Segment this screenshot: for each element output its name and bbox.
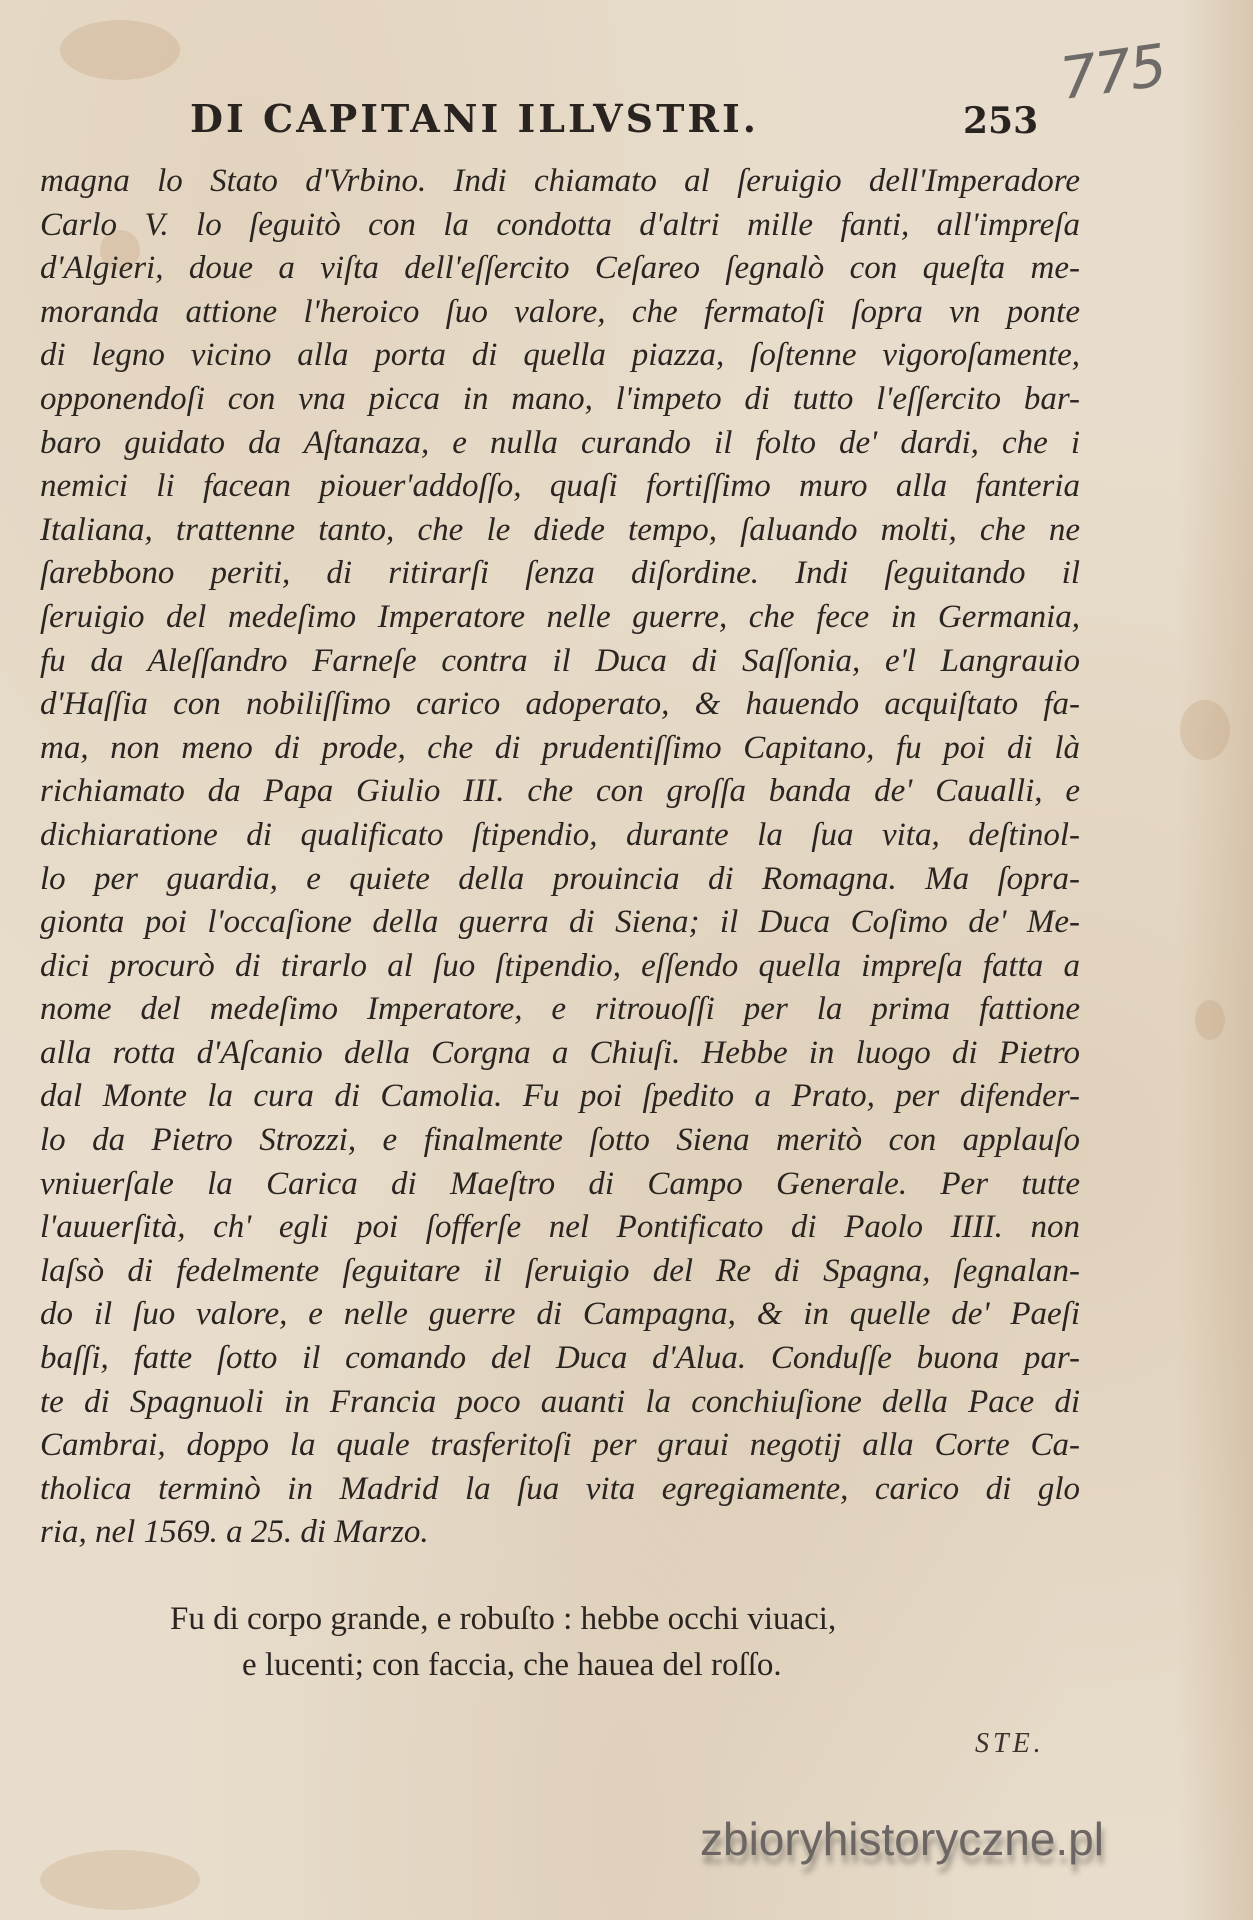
text-line: Italiana, trattenne tanto, che le diede … — [40, 509, 1080, 553]
text-line: ſeruigio del medeſimo Imperatore nelle g… — [40, 596, 1080, 640]
text-line: ſarebbono periti, di ritirarſi ſenza diſ… — [40, 552, 1080, 596]
book-page: 775 DI CAPITANI ILLVSTRI. 253 magna lo S… — [0, 0, 1253, 1920]
text-line: nome del medeſimo Imperatore, e ritrouoſ… — [40, 988, 1080, 1032]
description-line: Fu di corpo grande, e robuſto : hebbe oc… — [170, 1596, 1070, 1642]
handwritten-folio-number: 775 — [1056, 31, 1169, 113]
paper-stain — [60, 20, 180, 80]
text-line: lo per guardia, e quiete della prouincia… — [40, 858, 1080, 902]
text-line: dal Monte la cura di Camolia. Fu poi ſpe… — [40, 1075, 1080, 1119]
text-line: moranda attione l'heroico ſuo valore, ch… — [40, 291, 1080, 335]
running-title: DI CAPITANI ILLVSTRI. — [190, 96, 759, 141]
text-line: richiamato da Papa Giulio III. che con g… — [40, 770, 1080, 814]
paper-stain — [40, 1850, 200, 1910]
text-line-final: ria, nel 1569. a 25. di Marzo. — [40, 1511, 1080, 1555]
text-line: te di Spagnuoli in Francia poco auanti l… — [40, 1381, 1080, 1425]
text-line: Carlo V. lo ſeguitò con la condotta d'al… — [40, 204, 1080, 248]
text-line: lo da Pietro Strozzi, e finalmente ſotto… — [40, 1119, 1080, 1163]
text-line: alla rotta d'Aſcanio della Corgna a Chiu… — [40, 1032, 1080, 1076]
text-line: magna lo Stato d'Vrbino. Indi chiamato a… — [40, 160, 1080, 204]
description-line: e lucenti; con faccia, che hauea del roſ… — [170, 1642, 1070, 1688]
paper-stain — [1180, 700, 1230, 760]
text-line: gionta poi l'occaſione della guerra di S… — [40, 901, 1080, 945]
text-line: dichiaratione di qualificato ſtipendio, … — [40, 814, 1080, 858]
paper-stain — [1195, 1000, 1225, 1040]
text-line: Cambrai, doppo la quale trasferitoſi per… — [40, 1424, 1080, 1468]
text-line: baſſi, fatte ſotto il comando del Duca d… — [40, 1337, 1080, 1381]
page-number: 253 — [963, 100, 1038, 142]
text-line: d'Algieri, doue a viſta dell'eſſercito C… — [40, 247, 1080, 291]
text-line: fu da Aleſſandro Farneſe contra il Duca … — [40, 640, 1080, 684]
text-line: di legno vicino alla porta di quella pia… — [40, 334, 1080, 378]
text-line: baro guidato da Aſtanaza, e nulla curand… — [40, 422, 1080, 466]
text-line: dici procurò di tirarlo al ſuo ſtipendio… — [40, 945, 1080, 989]
text-line: d'Haſſia con nobiliſſimo carico adoperat… — [40, 683, 1080, 727]
text-line: tholica terminò in Madrid la ſua vita eg… — [40, 1468, 1080, 1512]
catchword: STE. — [975, 1728, 1045, 1760]
text-line: l'auuerſità, ch' egli poi ſofferſe nel P… — [40, 1206, 1080, 1250]
text-line: nemici li facean piouer'addoſſo, quaſi f… — [40, 465, 1080, 509]
text-line: opponendoſi con vna picca in mano, l'imp… — [40, 378, 1080, 422]
text-line: laſsò di fedelmente ſeguitare il ſeruigi… — [40, 1250, 1080, 1294]
physical-description: Fu di corpo grande, e robuſto : hebbe oc… — [170, 1596, 1070, 1688]
text-line: vniuerſale la Carica di Maeſtro di Campo… — [40, 1163, 1080, 1207]
text-line: ma, non meno di prode, che di prudentiſſ… — [40, 727, 1080, 771]
text-line: do il ſuo valore, e nelle guerre di Camp… — [40, 1293, 1080, 1337]
watermark: zbioryhistoryczne.pl — [700, 1812, 1104, 1866]
body-paragraph: magna lo Stato d'Vrbino. Indi chiamato a… — [40, 160, 1080, 1555]
